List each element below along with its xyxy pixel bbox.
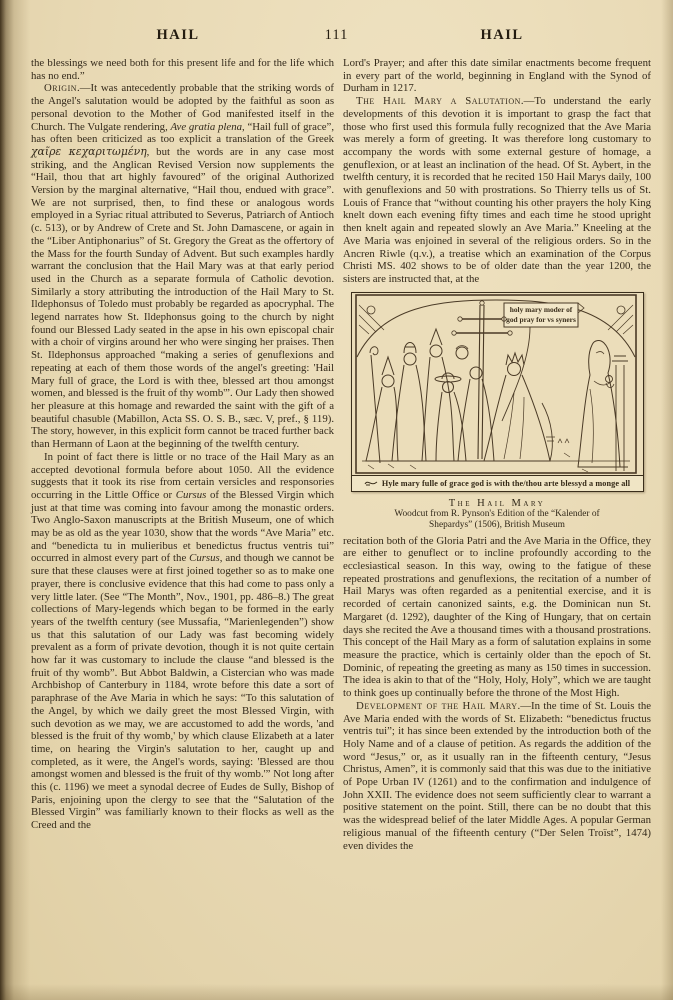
- woodcut-illustration: holy mary moder of god pray for vs syner…: [352, 293, 640, 475]
- paragraph-continuation: the blessings we need both for this pres…: [31, 57, 334, 82]
- paragraph-recitation: recitation both of the Gloria Patri and …: [343, 535, 651, 700]
- paragraph-development: Development of the Hail Mary.—In the tim…: [343, 700, 651, 852]
- paragraph-salutation: The Hail Mary a Salutation.—To understan…: [343, 95, 651, 286]
- woodcut-banner: Hyle mary fulle of grace god is with the…: [352, 475, 643, 491]
- woodcut-banner-text: Hyle mary fulle of grace god is with the…: [382, 479, 630, 488]
- woodcut-frame: holy mary moder of god pray for vs syner…: [351, 292, 644, 492]
- scanned-book-page: HAIL 111 HAIL the blessings we need both…: [0, 0, 673, 1000]
- two-column-text: the blessings we need both for this pres…: [0, 44, 673, 852]
- figure-caption-line1: Woodcut from R. Pynson's Edition of the …: [343, 509, 651, 520]
- woodcut-scroll-line1: holy mary moder of: [509, 305, 572, 314]
- page-number: 111: [0, 27, 673, 44]
- figure-caption-title: The Hail Mary: [343, 498, 651, 509]
- right-column: Lord's Prayer; and after this date simil…: [343, 57, 651, 852]
- woodcut-scroll-line2: god pray for vs syners: [506, 315, 576, 324]
- header-word-right: HAIL: [442, 27, 562, 44]
- paragraph-continuation: Lord's Prayer; and after this date simil…: [343, 57, 651, 95]
- running-header: HAIL 111 HAIL: [0, 27, 673, 44]
- left-column: the blessings we need both for this pres…: [31, 57, 334, 852]
- paragraph-in-point-of-fact: In point of fact there is little or no t…: [31, 451, 334, 832]
- paragraph-origin: Origin.—It was antecedently probable tha…: [31, 82, 334, 450]
- figure-caption-line2: Shepardys” (1506), British Museum: [343, 520, 651, 531]
- woodcut-figure: holy mary moder of god pray for vs syner…: [343, 292, 651, 531]
- banner-ornament-icon: [364, 479, 378, 487]
